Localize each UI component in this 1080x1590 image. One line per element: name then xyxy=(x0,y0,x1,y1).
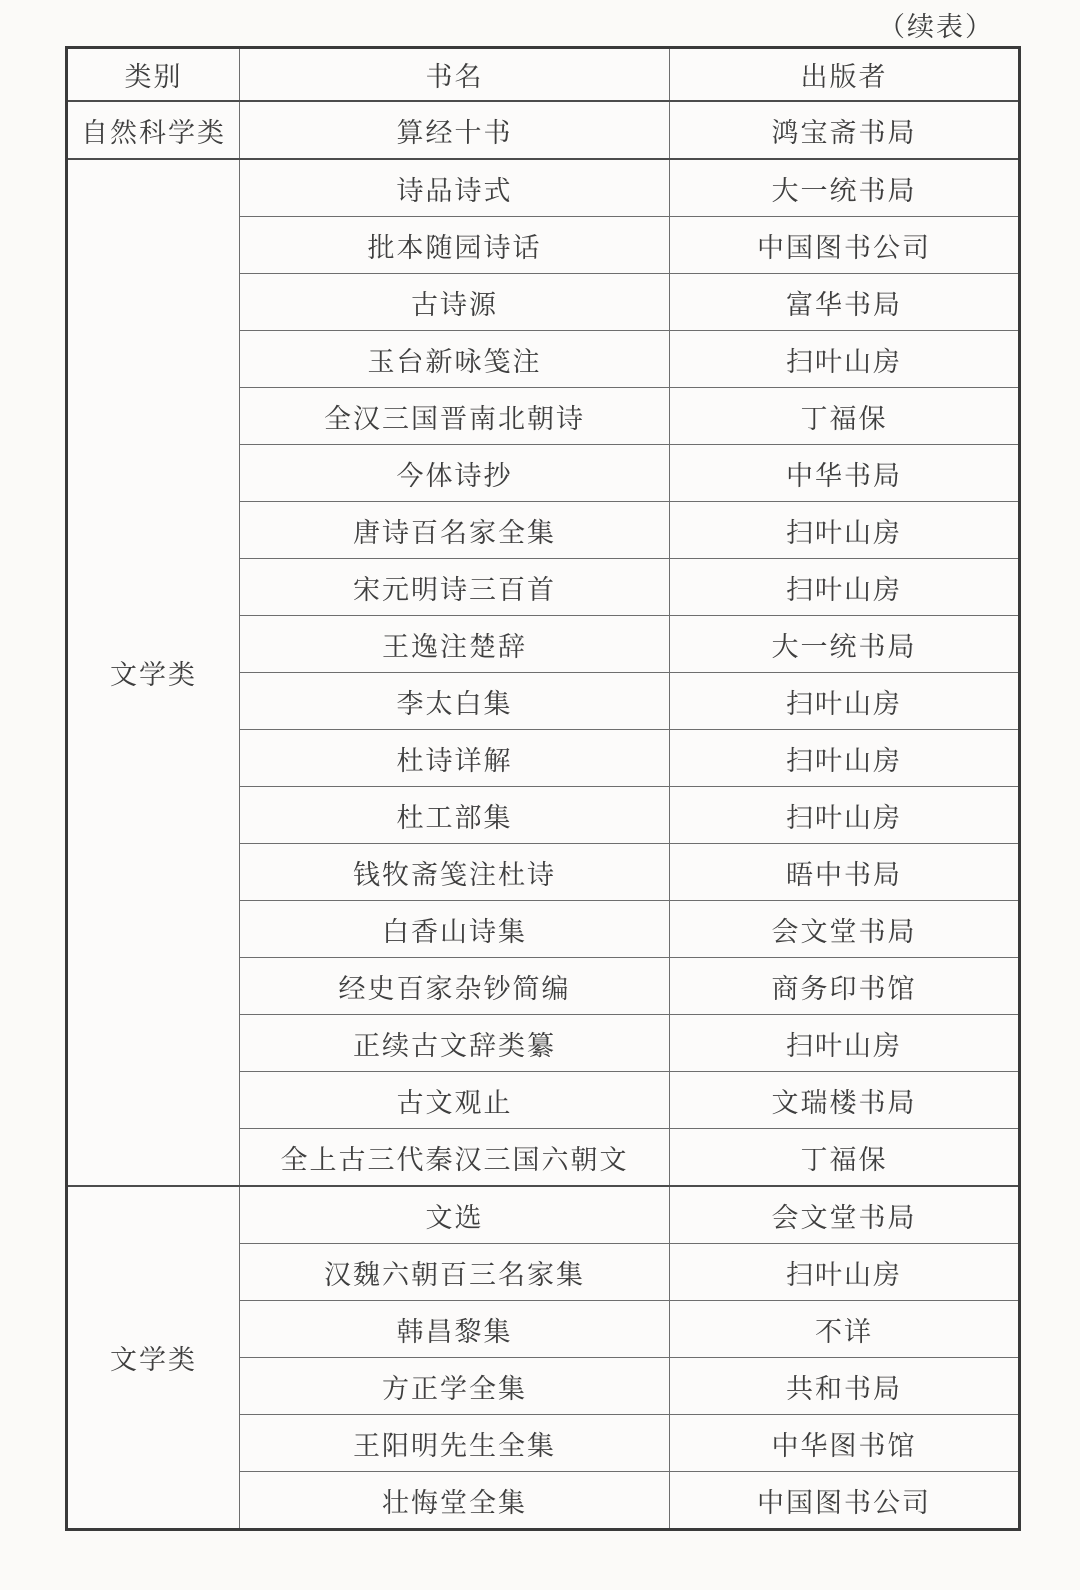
publisher-cell: 中华书局 xyxy=(670,445,1020,502)
book-title-cell: 方正学全集 xyxy=(240,1358,670,1415)
book-title-cell: 白香山诗集 xyxy=(240,901,670,958)
book-title-cell: 经史百家杂钞简编 xyxy=(240,958,670,1015)
book-title-cell: 宋元明诗三百首 xyxy=(240,559,670,616)
book-title-cell: 文选 xyxy=(240,1186,670,1244)
publisher-cell: 大一统书局 xyxy=(670,159,1020,217)
header-publisher: 出版者 xyxy=(670,48,1020,102)
book-title-cell: 玉台新咏笺注 xyxy=(240,331,670,388)
publisher-cell: 鸿宝斋书局 xyxy=(670,101,1020,159)
publisher-cell: 中国图书公司 xyxy=(670,217,1020,274)
book-title-cell: 韩昌黎集 xyxy=(240,1301,670,1358)
book-title-cell: 王阳明先生全集 xyxy=(240,1415,670,1472)
category-cell: 文学类 xyxy=(67,159,240,1186)
book-title-cell: 唐诗百名家全集 xyxy=(240,502,670,559)
book-title-cell: 古诗源 xyxy=(240,274,670,331)
book-title-cell: 全汉三国晋南北朝诗 xyxy=(240,388,670,445)
table-row: 文学类诗品诗式大一统书局 xyxy=(67,159,1020,217)
book-title-cell: 杜工部集 xyxy=(240,787,670,844)
book-title-cell: 王逸注楚辞 xyxy=(240,616,670,673)
book-title-cell: 全上古三代秦汉三国六朝文 xyxy=(240,1129,670,1187)
book-title-cell: 壮悔堂全集 xyxy=(240,1472,670,1530)
publisher-cell: 扫叶山房 xyxy=(670,331,1020,388)
book-title-cell: 古文观止 xyxy=(240,1072,670,1129)
publisher-cell: 文瑞楼书局 xyxy=(670,1072,1020,1129)
book-title-cell: 今体诗抄 xyxy=(240,445,670,502)
continuation-note: （续表） xyxy=(878,5,994,44)
publisher-cell: 商务印书馆 xyxy=(670,958,1020,1015)
table-row: 自然科学类算经十书鸿宝斋书局 xyxy=(67,101,1020,159)
publisher-cell: 扫叶山房 xyxy=(670,1244,1020,1301)
book-title-cell: 钱牧斋笺注杜诗 xyxy=(240,844,670,901)
header-row: 类别 书名 出版者 xyxy=(67,48,1020,102)
publisher-cell: 扫叶山房 xyxy=(670,673,1020,730)
book-title-cell: 杜诗详解 xyxy=(240,730,670,787)
publisher-cell: 会文堂书局 xyxy=(670,901,1020,958)
publisher-cell: 丁福保 xyxy=(670,388,1020,445)
publisher-cell: 扫叶山房 xyxy=(670,730,1020,787)
publisher-cell: 扫叶山房 xyxy=(670,502,1020,559)
book-title-cell: 批本随园诗话 xyxy=(240,217,670,274)
publisher-cell: 不详 xyxy=(670,1301,1020,1358)
scanned-page: （续表） 类别 书名 出版者 自然科学类算经十书鸿宝斋书局文学类诗品诗式大一统书… xyxy=(0,0,1080,1590)
category-cell: 文学类 xyxy=(67,1186,240,1530)
publisher-cell: 共和书局 xyxy=(670,1358,1020,1415)
publisher-cell: 会文堂书局 xyxy=(670,1186,1020,1244)
publisher-cell: 中华图书馆 xyxy=(670,1415,1020,1472)
book-title-cell: 诗品诗式 xyxy=(240,159,670,217)
book-title-cell: 算经十书 xyxy=(240,101,670,159)
books-table: 类别 书名 出版者 自然科学类算经十书鸿宝斋书局文学类诗品诗式大一统书局批本随园… xyxy=(65,46,1021,1531)
publisher-cell: 扫叶山房 xyxy=(670,787,1020,844)
category-cell: 自然科学类 xyxy=(67,101,240,159)
table-row: 文学类文选会文堂书局 xyxy=(67,1186,1020,1244)
book-title-cell: 正续古文辞类纂 xyxy=(240,1015,670,1072)
table-body: 自然科学类算经十书鸿宝斋书局文学类诗品诗式大一统书局批本随园诗话中国图书公司古诗… xyxy=(67,101,1020,1530)
book-title-cell: 汉魏六朝百三名家集 xyxy=(240,1244,670,1301)
book-title-cell: 李太白集 xyxy=(240,673,670,730)
publisher-cell: 扫叶山房 xyxy=(670,1015,1020,1072)
publisher-cell: 扫叶山房 xyxy=(670,559,1020,616)
publisher-cell: 富华书局 xyxy=(670,274,1020,331)
publisher-cell: 晤中书局 xyxy=(670,844,1020,901)
publisher-cell: 大一统书局 xyxy=(670,616,1020,673)
header-category: 类别 xyxy=(67,48,240,102)
publisher-cell: 中国图书公司 xyxy=(670,1472,1020,1530)
header-book-title: 书名 xyxy=(240,48,670,102)
publisher-cell: 丁福保 xyxy=(670,1129,1020,1187)
